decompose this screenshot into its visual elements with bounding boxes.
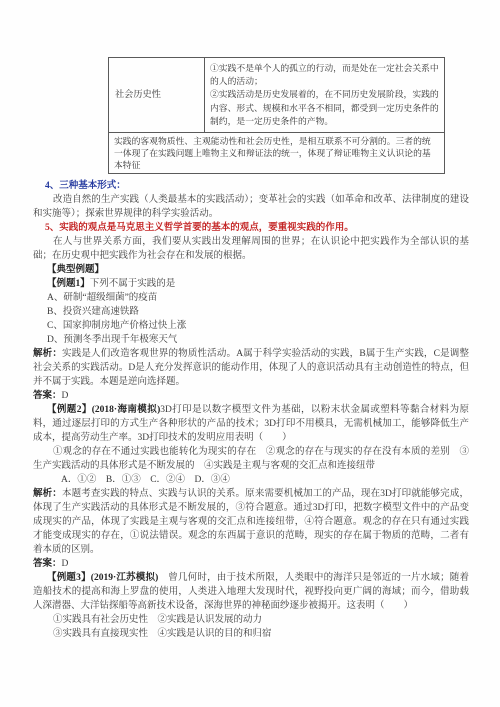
table-row: 实践的客观物质性、主观能动性和社会历史性，是相互联系不可分割的。三者的统一体现了… — [109, 133, 445, 174]
paragraph-basic-forms: 改造自然的生产实践（人类最基本的实践活动）；变革社会的实践（如革命和改革、法律制… — [33, 193, 469, 221]
answer-label: 答案： — [33, 559, 62, 569]
answer-value: D — [62, 391, 69, 401]
example1-option-c: C、国家抑制房地产价格过快上涨 — [33, 319, 469, 333]
example1-analysis: 解析：实践是人们改造客观世界的物质性活动。A属于科学实验活动的实践，B属于生产实… — [33, 347, 469, 389]
example2-source: (2018·海南模拟) — [92, 405, 161, 415]
example3-stem: 【例题3】(2019·江苏模拟) 曾几何时，由于技术所限，人类眼中的海洋只是邻近… — [33, 571, 469, 613]
example3-numbered-options-line2: ③实践具有直接现实性 ④实践是认识的目的和归宿 — [33, 627, 469, 641]
example1-option-d: D、预测冬季出现千年极寒天气 — [33, 333, 469, 347]
table-content-item: ①实践不是单个人的孤立的行动，而是处在一定社会关系中的人的活动； — [210, 62, 439, 88]
heading-title: 实践的观点是马克思主义哲学首要的基本的观点，要重视实践的作用。 — [59, 223, 354, 233]
example1-question: 下列不属于实践的是 — [90, 279, 176, 289]
analysis-label: 解析： — [33, 489, 62, 499]
table-summary-cell: 实践的客观物质性、主观能动性和社会历史性，是相互联系不可分割的。三者的统一体现了… — [109, 133, 445, 174]
table-content-cell: ①实践不是单个人的孤立的行动，而是处在一定社会关系中的人的活动； ②实践活动是历… — [205, 58, 445, 133]
document-page: 社会历史性 ①实践不是单个人的孤立的行动，而是处在一定社会关系中的人的活动； ②… — [0, 0, 500, 707]
example2-stem: 【例题2】(2018·海南模拟)3D打印是以数字模型文件为基础，以粉末状金属或塑… — [33, 403, 469, 445]
example1-label: 【例题1】 — [47, 279, 90, 289]
example2-label: 【例题2】 — [47, 405, 92, 415]
table-row: 社会历史性 ①实践不是单个人的孤立的行动，而是处在一定社会关系中的人的活动； ②… — [109, 58, 445, 133]
heading-practice-viewpoint: 5、实践的观点是马克思主义哲学首要的基本的观点，要重视实践的作用。 — [33, 221, 469, 235]
answer-label: 答案： — [33, 391, 62, 401]
table-content-item: ②实践活动是历史发展着的，在不同历史发展阶段，实践的内容、形式、规模和水平各不相… — [210, 88, 439, 128]
heading-number: 5、 — [45, 223, 59, 233]
example1-option-b: B、投资兴建高速铁路 — [33, 305, 469, 319]
heading-title: 三种基本形式： — [59, 181, 126, 191]
example3-source: (2019·江苏模拟) — [91, 573, 159, 583]
table-header-cell: 社会历史性 — [109, 58, 205, 133]
analysis-text: 本题考查实践的特点、实践与认识的关系。原来需要机械加工的产品，现在3D打印就能够… — [33, 489, 469, 555]
example2-answer: 答案：D — [33, 557, 469, 571]
practice-characteristics-table: 社会历史性 ①实践不是单个人的孤立的行动，而是处在一定社会关系中的人的活动； ②… — [108, 57, 445, 174]
example1-option-a: A、研制“超级细菌”的疫苗 — [33, 291, 469, 305]
paragraph-practice-viewpoint: 在人与世界关系方面，我们要从实践出发理解周围的世界；在认识论中把实践作为全部认识… — [33, 235, 469, 263]
typical-examples-header: 【典型例题】 — [33, 263, 469, 277]
answer-value: D — [62, 559, 69, 569]
analysis-label: 解析： — [33, 349, 62, 359]
analysis-text: 实践是人们改造客观世界的物质性活动。A属于科学实验活动的实践，B属于生产实践，C… — [33, 349, 469, 387]
heading-number: 4、 — [45, 181, 59, 191]
example1-answer: 答案：D — [33, 389, 469, 403]
example3-label: 【例题3】 — [47, 573, 91, 583]
document-body: 4、三种基本形式： 改造自然的生产实践（人类最基本的实践活动）；变革社会的实践（… — [33, 179, 469, 641]
example2-choices: A．①② B．①③ C．②④ D．③④ — [33, 473, 469, 487]
heading-basic-forms: 4、三种基本形式： — [33, 179, 469, 193]
example1-stem: 【例题1】下列不属于实践的是 — [33, 277, 469, 291]
example2-numbered-options: ①观念的存在不通过实践也能转化为现实的存在 ②观念的存在与现实的存在没有本质的差… — [33, 445, 469, 473]
example3-numbered-options-line1: ①实践具有社会历史性 ②实践是认识发展的动力 — [33, 613, 469, 627]
example2-analysis: 解析：本题考查实践的特点、实践与认识的关系。原来需要机械加工的产品，现在3D打印… — [33, 487, 469, 557]
